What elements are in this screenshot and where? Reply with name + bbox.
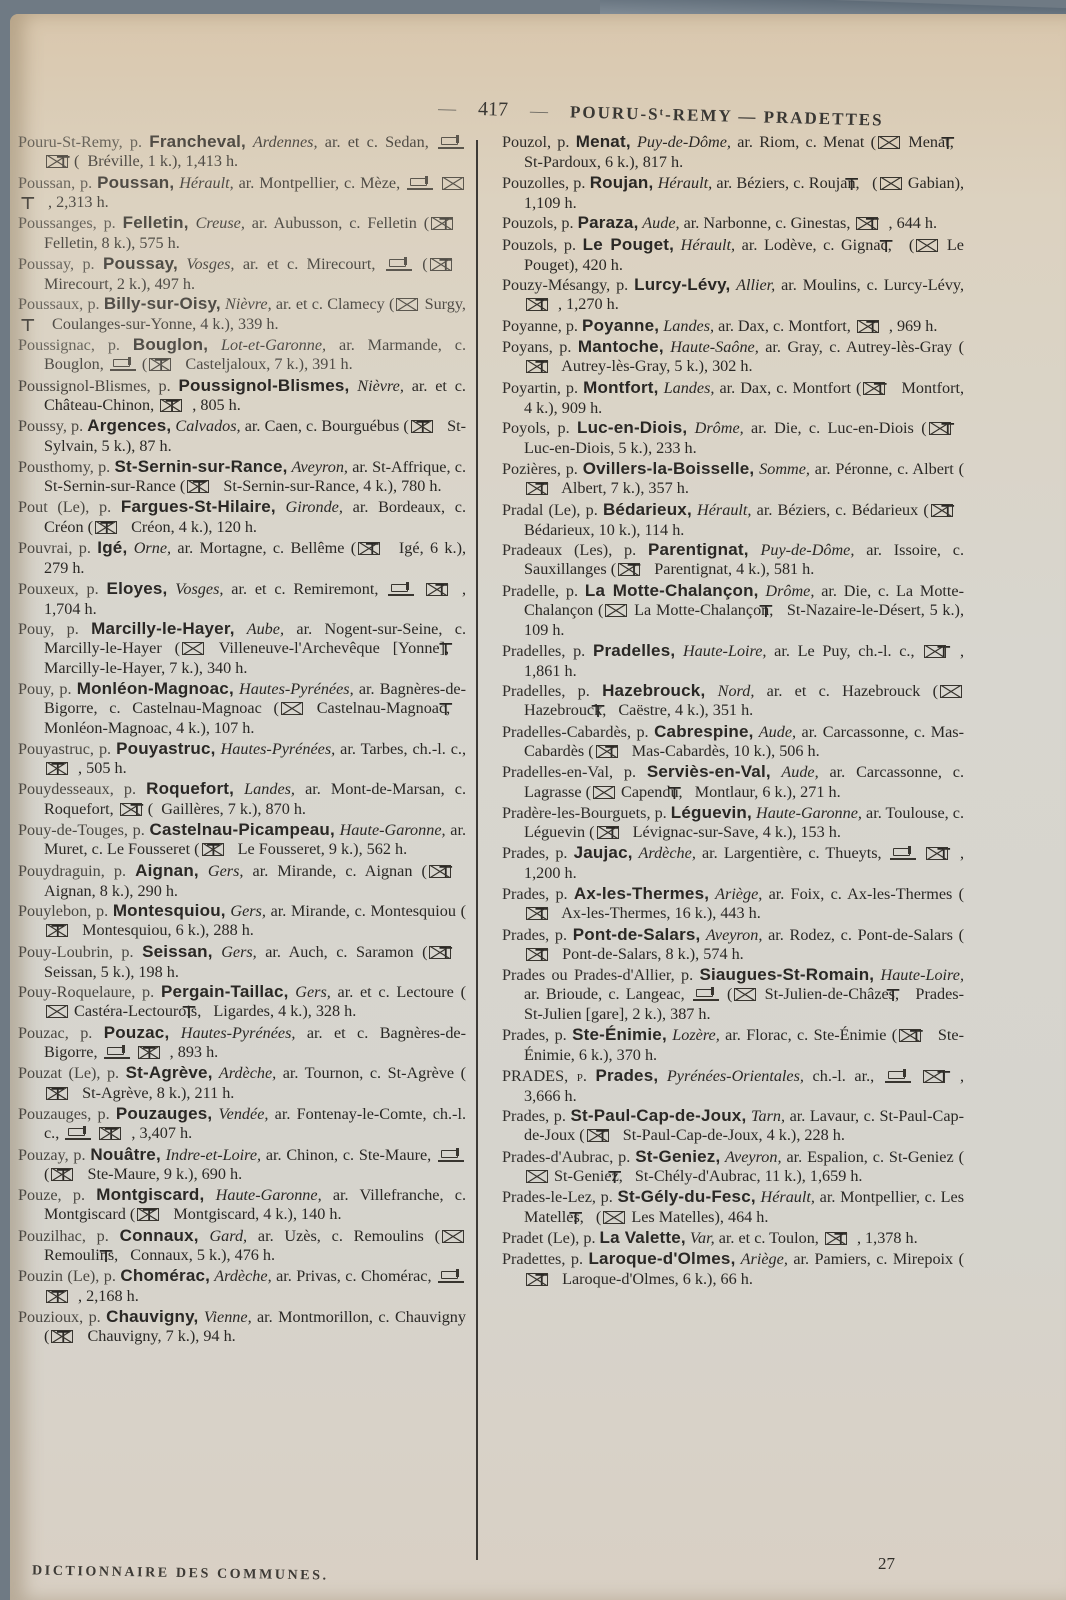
entry-headword: Billy-sur-Oisy,: [104, 294, 221, 313]
entry-details: ar. Brioude, c. Langeac, ( St-Julien-de-…: [524, 985, 964, 1023]
dictionary-entry: Pouzioux, p. Chauvigny, Vienne, ar. Mont…: [18, 1307, 466, 1347]
entry-headword: Fargues-St-Hilaire,: [121, 497, 276, 516]
entry-department: Haute-Saône,: [664, 338, 765, 356]
post-office-envelope-icon: [95, 521, 117, 534]
entry-headword: La Valette,: [600, 1228, 686, 1247]
entry-locality: Pouy-Loubrin, p.: [18, 943, 142, 961]
post-office-envelope-icon: [880, 177, 902, 190]
entry-locality: Prades, p.: [502, 1107, 570, 1125]
entry-locality: Poussaux, p.: [18, 295, 104, 313]
post-office-envelope-icon: [51, 1330, 73, 1343]
entry-locality: Pradal (Le), p.: [502, 501, 603, 519]
dictionary-entry: Poussignac, p. Bouglon, Lot-et-Garonne, …: [18, 335, 466, 375]
post-office-envelope-icon: [46, 1005, 68, 1018]
post-office-envelope-icon: [149, 358, 171, 371]
dictionary-entry: Pousthomy, p. St-Sernin-sur-Rance, Aveyr…: [18, 457, 466, 497]
post-office-envelope-icon: [137, 1208, 159, 1221]
entry-headword: Poussignol-Blismes,: [178, 376, 349, 395]
entry-locality: Pouzay, p.: [18, 1146, 90, 1164]
entry-headword: Le Pouget,: [583, 235, 674, 254]
entry-department: Aude,: [639, 214, 684, 232]
entry-locality: Pouzin (Le), p.: [18, 1267, 120, 1285]
entry-locality: Prades, p.: [502, 1026, 572, 1044]
dictionary-entry: Prades-le-Lez, p. St-Gély-du-Fesc, Hérau…: [502, 1187, 964, 1227]
dictionary-entry: Pouyastruc, p. Pouyastruc, Hautes-Pyréné…: [18, 739, 466, 779]
dictionary-entry: Pradelle, p. La Motte-Chalançon, Drôme, …: [502, 581, 964, 640]
post-office-envelope-icon: [825, 1232, 847, 1245]
entry-department: Hautes-Pyrénées,: [216, 740, 341, 758]
post-office-envelope-icon: [160, 399, 182, 412]
entry-department: Aude,: [754, 723, 802, 741]
entry-department: Nord,: [705, 682, 766, 700]
entry-headword: Paraza,: [578, 213, 639, 232]
entry-headword: Hazebrouck,: [602, 681, 705, 700]
entry-locality: Pouzilhac, p.: [18, 1227, 120, 1245]
entry-department: Vendée,: [212, 1105, 274, 1123]
entry-locality: Poussy, p.: [18, 417, 87, 435]
entry-headword: Parentignat,: [648, 540, 749, 559]
dictionary-entry: Pouzac, p. Pouzac, Hautes-Pyrénées, ar. …: [18, 1023, 466, 1063]
entry-department: Aveyron,: [700, 926, 768, 944]
post-office-envelope-icon: [857, 320, 879, 333]
left-column: Pouru-St-Remy, p. Francheval, Ardennes, …: [18, 132, 466, 1348]
dictionary-entry: Poussan, p. Poussan, Hérault, ar. Montpe…: [18, 173, 466, 213]
running-head-title: POURU-Sᵗ-REMY — PRADETTES: [570, 102, 884, 130]
entry-locality: Pouzat (Le), p.: [18, 1064, 126, 1082]
post-office-envelope-icon: [120, 803, 142, 816]
post-office-envelope-icon: [281, 702, 303, 715]
entry-locality: Pouze, p.: [18, 1186, 96, 1204]
entry-headword: Ste-Énimie,: [572, 1025, 667, 1044]
entry-department: Creuse,: [189, 214, 252, 232]
dictionary-entry: Prades, p. Ste-Énimie, Lozère, ar. Flora…: [502, 1025, 964, 1065]
dictionary-entry: Pouy-de-Touges, p. Castelnau-Picampeau, …: [18, 820, 466, 860]
entry-department: Var,: [686, 1229, 719, 1247]
post-office-envelope-icon: [442, 177, 464, 190]
dictionary-entry: Prades-d'Aubrac, p. St-Geniez, Aveyron, …: [502, 1147, 964, 1187]
entry-headword: Ax-les-Thermes,: [574, 884, 709, 903]
entry-department: Ardèche,: [633, 844, 702, 862]
entry-department: Nièvre,: [349, 377, 411, 395]
entry-headword: Chomérac,: [120, 1266, 210, 1285]
post-office-envelope-icon: [429, 946, 451, 959]
entry-department: Aube,: [235, 620, 297, 638]
post-office-envelope-icon: [597, 826, 619, 839]
entry-headword: Montesquiou,: [113, 901, 226, 920]
dictionary-entry: Pouy, p. Monléon-Magnoac, Hautes-Pyrénée…: [18, 679, 466, 738]
running-head-dash: —: [438, 98, 457, 119]
dictionary-entry: Pradettes, p. Laroque-d'Olmes, Ariège, a…: [502, 1249, 964, 1289]
entry-locality: Poyartin, p.: [502, 379, 583, 397]
entry-headword: St-Gély-du-Fesc,: [618, 1187, 756, 1206]
entry-department: Tarn,: [746, 1107, 789, 1125]
dictionary-entry: Pouzolles, p. Roujan, Hérault, ar. Bézie…: [502, 173, 964, 213]
entry-headword: Lurcy-Lévy,: [634, 275, 730, 294]
entry-headword: Pradelles,: [593, 641, 675, 660]
dictionary-entry: Poussay, p. Poussay, Vosges, ar. et c. M…: [18, 254, 466, 294]
entry-locality: Pouru-St-Remy, p.: [18, 133, 149, 151]
entry-headword: Mantoche,: [578, 337, 664, 356]
entry-department: Haute-Garonne,: [335, 821, 450, 839]
post-office-envelope-icon: [618, 563, 640, 576]
entry-locality: Pouylebon, p.: [18, 902, 113, 920]
entry-department: Aveyron,: [720, 1148, 786, 1166]
entry-headword: Marcilly-le-Hayer,: [91, 619, 234, 638]
dictionary-entry: Pradeaux (Les), p. Parentignat, Puy-de-D…: [502, 540, 964, 580]
entry-locality: Prades-d'Aubrac, p.: [502, 1148, 635, 1166]
entry-headword: Aignan,: [135, 861, 199, 880]
entry-locality: Pouzols, p.: [502, 236, 583, 254]
entry-department: Allier,: [730, 276, 781, 294]
entry-headword: Pouzauges,: [116, 1104, 212, 1123]
entry-department: Drôme,: [687, 419, 751, 437]
entry-headword: Cabrespine,: [654, 722, 754, 741]
entry-department: Gers,: [213, 943, 266, 961]
entry-locality: Poussan, p.: [18, 174, 97, 192]
post-office-envelope-icon: [99, 1127, 121, 1140]
railway-station-icon: [110, 357, 136, 371]
entry-department: Vienne,: [198, 1308, 257, 1326]
railway-station-icon: [386, 257, 412, 271]
dictionary-entry: Pouy-Roquelaure, p. Pergain-Taillac, Ger…: [18, 982, 466, 1022]
entry-headword: Poyanne,: [582, 316, 659, 335]
entry-headword: Francheval,: [149, 132, 246, 151]
post-office-envelope-icon: [929, 422, 951, 435]
entry-locality: Poyans, p.: [502, 338, 578, 356]
dictionary-entry: Prades, p. Jaujac, Ardèche, ar. Largenti…: [502, 843, 964, 883]
entry-headword: Monléon-Magnoac,: [77, 679, 234, 698]
entry-locality: Poussignol-Blismes, p.: [18, 377, 178, 395]
entry-locality: Pouvrai, p.: [18, 539, 97, 557]
entry-locality: Pouy, p.: [18, 620, 91, 638]
dictionary-entry: Poussignol-Blismes, p. Poussignol-Blisme…: [18, 376, 466, 416]
entry-headword: Pergain-Taillac,: [161, 982, 289, 1001]
dictionary-entry: Poussaux, p. Billy-sur-Oisy, Nièvre, ar.…: [18, 294, 466, 334]
entry-locality: Poussanges, p.: [18, 214, 123, 232]
post-office-envelope-icon: [46, 762, 68, 775]
post-office-envelope-icon: [603, 1211, 625, 1224]
railway-station-icon: [438, 135, 464, 149]
entry-headword: Roujan,: [590, 173, 654, 192]
post-office-envelope-icon: [924, 645, 946, 658]
entry-department: Hérault,: [674, 236, 742, 254]
entry-headword: Felletin,: [123, 213, 189, 232]
entry-locality: Pradettes, p.: [502, 1250, 588, 1268]
post-office-envelope-icon: [46, 924, 68, 937]
entry-department: Lozère,: [667, 1026, 725, 1044]
entry-locality: Pradelles, p.: [502, 642, 593, 660]
entry-locality: Pouzols, p.: [502, 214, 578, 232]
entry-locality: Poussay, p.: [18, 255, 103, 273]
dictionary-entry: Pouzauges, p. Pouzauges, Vendée, ar. Fon…: [18, 1104, 466, 1144]
entry-department: Nièvre,: [221, 295, 276, 313]
post-office-envelope-icon: [526, 360, 548, 373]
dictionary-entry: Prades ou Prades-d'Allier, p. Siaugues-S…: [502, 965, 964, 1024]
entry-headword: Serviès-en-Val,: [647, 762, 771, 781]
entry-department: Ardèche,: [213, 1064, 283, 1082]
entry-details: ar. Dax, c. Montfort, ⊤, 969 h.: [718, 317, 937, 335]
entry-department: Hautes-Pyrénées,: [234, 680, 359, 698]
dictionary-entry: Pradelles-en-Val, p. Serviès-en-Val, Aud…: [502, 762, 964, 802]
dictionary-entry: Pradet (Le), p. La Valette, Var, ar. et …: [502, 1228, 964, 1249]
entry-headword: Castelnau-Picampeau,: [149, 820, 334, 839]
dictionary-entry: Pouzin (Le), p. Chomérac, Ardèche, ar. P…: [18, 1266, 466, 1306]
entry-headword: St-Paul-Cap-de-Joux,: [570, 1106, 746, 1125]
entry-department: Puy-de-Dôme,: [749, 541, 867, 559]
entry-department: Aude,: [771, 763, 830, 781]
entry-details: ar. Narbonne, c. Ginestas, ⊤, 644 h.: [684, 214, 937, 232]
entry-locality: Pouydesseaux, p.: [18, 780, 146, 798]
post-office-envelope-icon: [916, 239, 938, 252]
dictionary-entry: Pouydesseaux, p. Roquefort, Landes, ar. …: [18, 779, 466, 819]
entry-department: Lot-et-Garonne,: [208, 336, 339, 354]
entry-headword: Connaux,: [120, 1226, 199, 1245]
post-office-envelope-icon: [605, 604, 627, 617]
entry-locality: Pouy-Roquelaure, p.: [18, 983, 161, 1001]
entry-department: Gers,: [199, 862, 253, 880]
entry-department: Haute-Garonne,: [204, 1186, 332, 1204]
entry-department: Haute-Loire,: [874, 966, 964, 984]
entry-locality: Poussignac, p.: [18, 336, 133, 354]
entry-department: Orne,: [127, 539, 177, 557]
dictionary-entry: Pradal (Le), p. Bédarieux, Hérault, ar. …: [502, 500, 964, 540]
dictionary-entry: Poyans, p. Mantoche, Haute-Saône, ar. Gr…: [502, 337, 964, 377]
railway-station-icon: [438, 1269, 464, 1283]
entry-department: Ardennes,: [246, 133, 325, 151]
entry-locality: Pouxeux, p.: [18, 580, 107, 598]
railway-station-icon: [693, 987, 719, 1001]
entry-locality: Prades-le-Lez, p.: [502, 1188, 618, 1206]
entry-headword: Léguevin,: [671, 803, 752, 822]
entry-locality: Pozières, p.: [502, 460, 583, 478]
post-office-envelope-icon: [923, 1070, 945, 1083]
dictionary-entry: Pradelles, p. Pradelles, Haute-Loire, ar…: [502, 641, 964, 681]
entry-department: Gers,: [289, 983, 338, 1001]
dictionary-entry: Prades, p. Ax-les-Thermes, Ariège, ar. F…: [502, 884, 964, 924]
entry-headword: Eloyes,: [107, 579, 168, 598]
signature-mark: DICTIONNAIRE DES COMMUNES.: [32, 1563, 329, 1584]
railway-station-icon: [65, 1126, 91, 1140]
entry-locality: Pouzioux, p.: [18, 1308, 106, 1326]
railway-station-icon: [407, 176, 433, 190]
dictionary-entry: Pouzat (Le), p. St-Agrève, Ardèche, ar. …: [18, 1063, 466, 1103]
entry-department: Hautes-Pyrénées,: [169, 1024, 306, 1042]
post-office-envelope-icon: [396, 298, 418, 311]
entry-headword: Bédarieux,: [603, 500, 692, 519]
post-office-envelope-icon: [526, 1170, 548, 1183]
entry-department: Ardèche,: [210, 1267, 276, 1285]
entry-locality: Pout (Le), p.: [18, 498, 121, 516]
dictionary-entry: Prades, p. St-Paul-Cap-de-Joux, Tarn, ar…: [502, 1106, 964, 1146]
dictionary-entry: Pouzilhac, p. Connaux, Gard, ar. Uzès, c…: [18, 1226, 466, 1266]
entry-details: ar. et c. Toulon, ⊤, 1,378 h.: [719, 1229, 918, 1247]
dictionary-entry: Pouxeux, p. Eloyes, Vosges, ar. et c. Re…: [18, 579, 466, 619]
entry-headword: Seissan,: [142, 942, 213, 961]
entry-headword: Nouâtre,: [90, 1145, 161, 1164]
dictionary-entry: Poussy, p. Argences, Calvados, ar. Caen,…: [18, 416, 466, 456]
entry-department: Ariège,: [709, 885, 768, 903]
post-office-envelope-icon: [526, 298, 548, 311]
entry-department: Gard,: [199, 1227, 258, 1245]
post-office-envelope-icon: [931, 504, 953, 517]
railway-station-icon: [890, 846, 916, 860]
railway-station-icon: [438, 1148, 464, 1162]
entry-locality: Pradelles-en-Val, p.: [502, 763, 647, 781]
entry-headword: Pont-de-Salars,: [573, 925, 701, 944]
entry-headword: Ovillers-la-Boisselle,: [583, 459, 755, 478]
entry-headword: Siaugues-St-Romain,: [699, 965, 874, 984]
entry-department: Hérault,: [653, 174, 716, 192]
entry-headword: Roquefort,: [146, 779, 234, 798]
railway-station-icon: [104, 1045, 130, 1059]
entry-locality: Pousthomy, p.: [18, 458, 114, 476]
entry-locality: Pouzy-Mésangy, p.: [502, 276, 634, 294]
entry-headword: Pouyastruc,: [116, 739, 216, 758]
entry-locality: Pradelles-Cabardès, p.: [502, 723, 654, 741]
sheet-number: 27: [878, 1554, 895, 1574]
dictionary-entry: PRADES, p. Prades, Pyrénées-Orientales, …: [502, 1066, 964, 1106]
entry-locality: Prades, p.: [502, 844, 574, 862]
entry-headword: Jaujac,: [574, 843, 633, 862]
post-office-envelope-icon: [442, 1230, 464, 1243]
dictionary-entry: Pozières, p. Ovillers-la-Boisselle, Somm…: [502, 459, 964, 499]
railway-station-icon: [388, 582, 414, 596]
column-rule: [476, 140, 478, 1560]
entry-headword: Bouglon,: [133, 335, 208, 354]
entry-locality: Prades ou Prades-d'Allier, p.: [502, 966, 699, 984]
entry-department: Vosges,: [167, 580, 231, 598]
entry-department: Vosges,: [178, 255, 243, 273]
dictionary-entry: Pouze, p. Montgiscard, Haute-Garonne, ar…: [18, 1185, 466, 1225]
dictionary-entry: Poyols, p. Luc-en-Diois, Drôme, ar. Die,…: [502, 418, 964, 458]
entry-headword: Igé,: [97, 538, 127, 557]
entry-locality: Pouzac, p.: [18, 1024, 104, 1042]
entry-locality: Pradère-les-Bourguets, p.: [502, 804, 671, 822]
post-office-envelope-icon: [431, 217, 453, 230]
dictionary-entry: Pradelles, p. Hazebrouck, Nord, ar. et c…: [502, 681, 964, 721]
post-office-envelope-icon: [587, 1129, 609, 1142]
entry-locality: Pouzolles, p.: [502, 174, 590, 192]
post-office-envelope-icon: [526, 1273, 548, 1286]
entry-department: Landes,: [659, 317, 718, 335]
post-office-envelope-icon: [182, 642, 204, 655]
entry-headword: Poussan,: [97, 173, 174, 192]
entry-department: Aveyron,: [288, 458, 353, 476]
entry-headword: Montfort,: [583, 378, 658, 397]
post-office-envelope-icon: [526, 948, 548, 961]
dictionary-entry: Poyanne, p. Poyanne, Landes, ar. Dax, c.…: [502, 316, 964, 337]
entry-headword: Luc-en-Diois,: [577, 418, 687, 437]
entry-locality: Pouzol, p.: [502, 133, 576, 151]
entry-headword: St-Agrève,: [126, 1063, 213, 1082]
entry-locality: Pouzauges, p.: [18, 1105, 116, 1123]
entry-locality: Pradeaux (Les), p.: [502, 541, 648, 559]
dictionary-entry: Pouylebon, p. Montesquiou, Gers, ar. Mir…: [18, 901, 466, 941]
page-number: 417: [478, 98, 509, 122]
entry-headword: Argences,: [87, 416, 171, 435]
entry-department: Somme,: [754, 460, 814, 478]
entry-locality: Pouy, p.: [18, 680, 77, 698]
dictionary-entry: Pradère-les-Bourguets, p. Léguevin, Haut…: [502, 803, 964, 843]
entry-department: Ariège,: [736, 1250, 794, 1268]
post-office-envelope-icon: [187, 480, 209, 493]
entry-headword: Montgiscard,: [96, 1185, 204, 1204]
entry-department: Pyrénées-Orientales,: [658, 1067, 812, 1085]
post-office-envelope-icon: [51, 1168, 73, 1181]
right-column: Pouzol, p. Menat, Puy-de-Dôme, ar. Riom,…: [502, 132, 964, 1290]
post-office-envelope-icon: [46, 1290, 68, 1303]
entry-locality: Pradelle, p.: [502, 582, 585, 600]
entry-locality: Pradelles, p.: [502, 682, 602, 700]
post-office-envelope-icon: [429, 865, 451, 878]
post-office-envelope-icon: [46, 1087, 68, 1100]
running-head-dash: —: [530, 100, 549, 121]
dictionary-entry: Pouzols, p. Paraza, Aude, ar. Narbonne, …: [502, 213, 964, 234]
dictionary-entry: Pouy-Loubrin, p. Seissan, Gers, ar. Auch…: [18, 942, 466, 982]
dictionary-entry: Pouzay, p. Nouâtre, Indre-et-Loire, ar. …: [18, 1145, 466, 1185]
entry-department: Drôme,: [759, 582, 822, 600]
dictionary-entry: Pradelles-Cabardès, p. Cabrespine, Aude,…: [502, 722, 964, 762]
entry-locality: Pouyastruc, p.: [18, 740, 116, 758]
dictionary-entry: Pouydraguin, p. Aignan, Gers, ar. Mirand…: [18, 861, 466, 901]
post-office-envelope-icon: [856, 217, 878, 230]
post-office-envelope-icon: [358, 542, 380, 555]
post-office-envelope-icon: [411, 420, 433, 433]
entry-locality: Prades, p.: [502, 885, 574, 903]
entry-department: Puy-de-Dôme,: [631, 133, 737, 151]
entry-department: Indre-et-Loire,: [161, 1146, 266, 1164]
entry-headword: Prades,: [595, 1066, 658, 1085]
post-office-envelope-icon: [926, 847, 948, 860]
entry-headword: Pouzac,: [104, 1023, 170, 1042]
running-head: — 417 — POURU-Sᵗ-REMY — PRADETTES: [438, 97, 978, 134]
dictionary-entry: Prades, p. Pont-de-Salars, Aveyron, ar. …: [502, 925, 964, 965]
post-office-envelope-icon: [526, 907, 548, 920]
entry-headword: St-Sernin-sur-Rance,: [114, 457, 287, 476]
railway-station-icon: [885, 1069, 911, 1083]
entry-headword: Chauvigny,: [106, 1307, 198, 1326]
dictionary-entry: Pouvrai, p. Igé, Orne, ar. Mortagne, c. …: [18, 538, 466, 578]
entry-locality: Poyanne, p.: [502, 317, 582, 335]
post-office-envelope-icon: [863, 382, 885, 395]
entry-locality: PRADES, p.: [502, 1067, 595, 1085]
entry-department: Hérault,: [174, 174, 238, 192]
dictionary-entry: Pouzols, p. Le Pouget, Hérault, ar. Lodè…: [502, 235, 964, 275]
dictionary-entry: Pout (Le), p. Fargues-St-Hilaire, Girond…: [18, 497, 466, 537]
dictionary-entry: Poussanges, p. Felletin, Creuse, ar. Aub…: [18, 213, 466, 253]
post-office-envelope-icon: [899, 1029, 921, 1042]
post-office-envelope-icon: [940, 685, 962, 698]
post-office-envelope-icon: [596, 745, 618, 758]
dictionary-entry: Pouru-St-Remy, p. Francheval, Ardennes, …: [18, 132, 466, 172]
post-office-envelope-icon: [734, 988, 756, 1001]
entry-department: Landes,: [234, 780, 305, 798]
entry-headword: Poussay,: [103, 254, 178, 273]
entry-headword: Laroque-d'Olmes,: [588, 1249, 735, 1268]
entry-department: Haute-Garonne,: [752, 804, 866, 822]
dictionary-entry: Pouy, p. Marcilly-le-Hayer, Aube, ar. No…: [18, 619, 466, 678]
entry-department: Calvados,: [171, 417, 244, 435]
entry-department: Gers,: [226, 902, 271, 920]
entry-department: Haute-Loire,: [675, 642, 774, 660]
post-office-envelope-icon: [202, 843, 224, 856]
post-office-envelope-icon: [46, 155, 68, 168]
entry-department: Hérault,: [756, 1188, 820, 1206]
post-office-envelope-icon: [878, 136, 900, 149]
entry-headword: St-Geniez,: [635, 1147, 720, 1166]
post-office-envelope-icon: [138, 1046, 160, 1059]
post-office-envelope-icon: [593, 786, 615, 799]
